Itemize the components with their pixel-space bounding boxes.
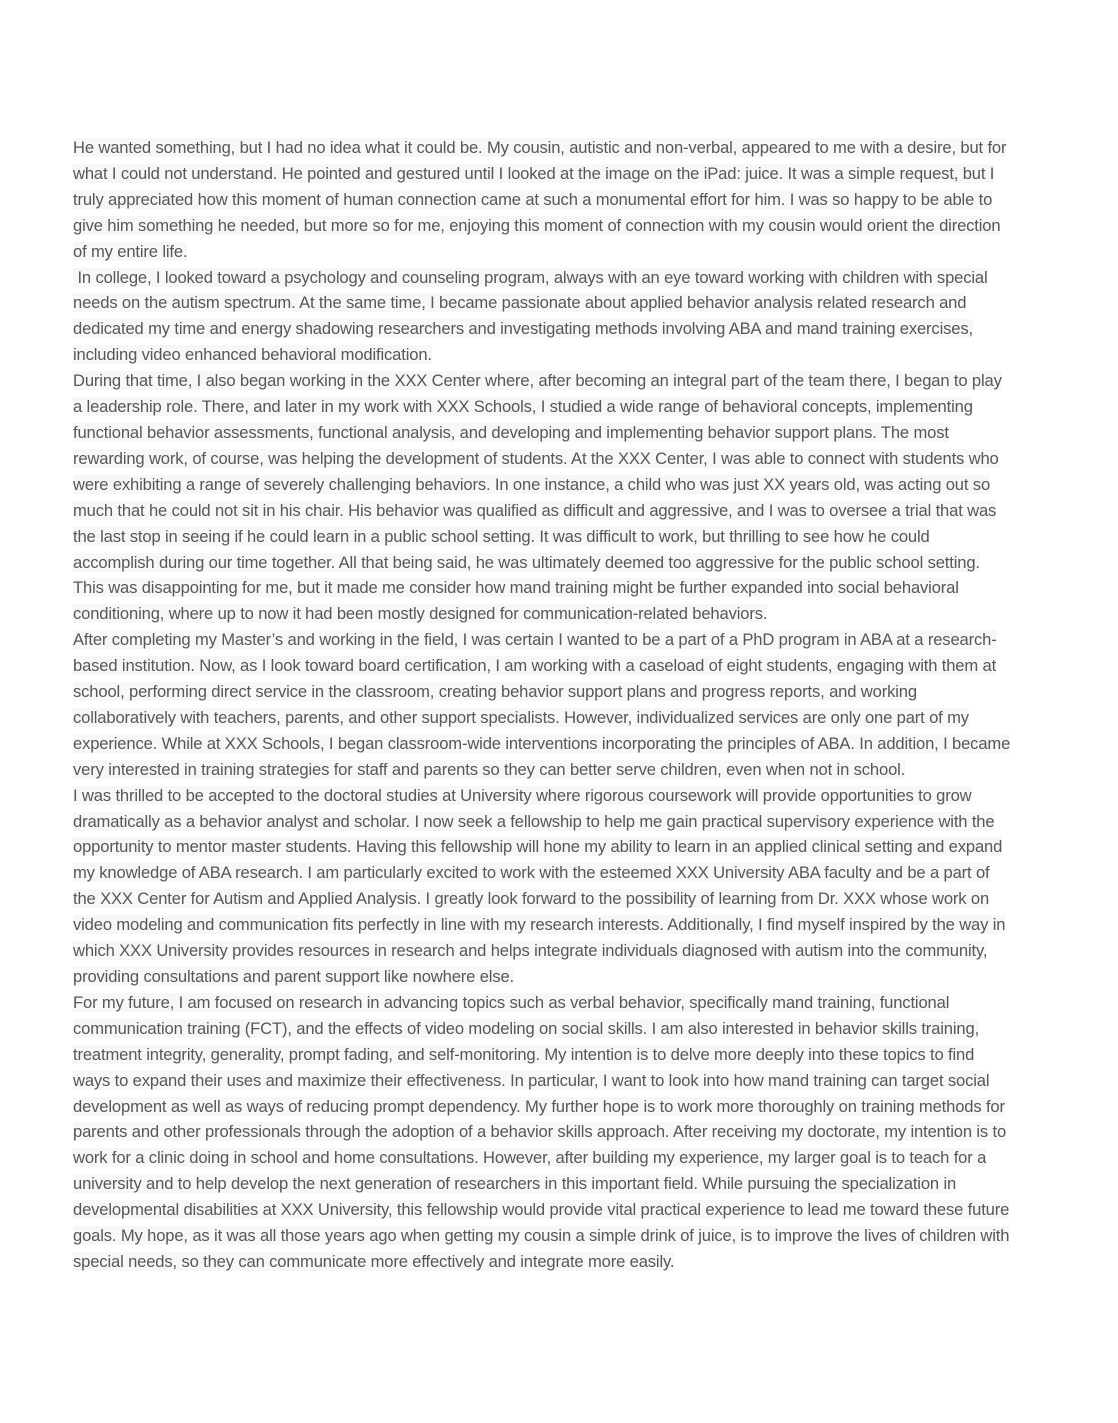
paragraph-text: During that time, I also began working i… xyxy=(73,371,1002,623)
paragraph-text: For my future, I am focused on research … xyxy=(73,993,1009,1271)
paragraph-center-work: During that time, I also began working i… xyxy=(73,368,1013,627)
paragraph-masters: After completing my Master’s and working… xyxy=(73,627,1013,782)
paragraph-intro: He wanted something, but I had no idea w… xyxy=(73,135,1013,265)
paragraph-text: He wanted something, but I had no idea w… xyxy=(73,138,1006,261)
document-body: He wanted something, but I had no idea w… xyxy=(73,135,1013,1275)
paragraph-college: In college, I looked toward a psychology… xyxy=(73,265,1013,369)
paragraph-text: After completing my Master’s and working… xyxy=(73,630,1010,779)
paragraph-doctoral: I was thrilled to be accepted to the doc… xyxy=(73,783,1013,990)
paragraph-future: For my future, I am focused on research … xyxy=(73,990,1013,1275)
paragraph-text: I was thrilled to be accepted to the doc… xyxy=(73,786,1005,986)
paragraph-text: In college, I looked toward a psychology… xyxy=(73,268,988,365)
